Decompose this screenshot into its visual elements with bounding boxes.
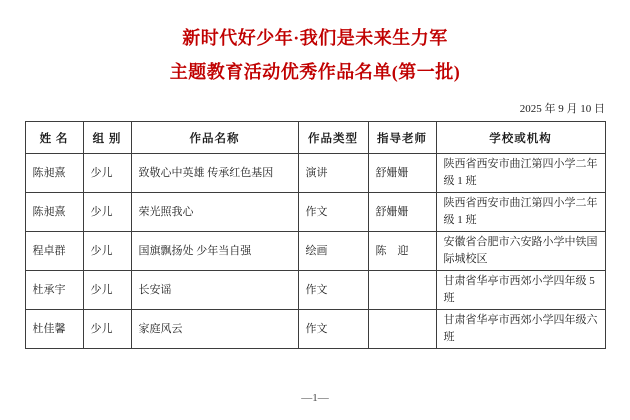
cell-school: 甘肃省华亭市西郊小学四年级六班 (436, 310, 605, 349)
cell-work_title: 国旗飘扬处 少年当自强 (131, 232, 298, 271)
cell-group: 少儿 (83, 193, 131, 232)
column-header-2: 作品名称 (131, 122, 298, 154)
table-row: 杜承宇少儿长安谣作文甘肃省华亭市西郊小学四年级 5 班 (25, 271, 605, 310)
document-date: 2025 年 9 月 10 日 (25, 100, 605, 116)
cell-teacher: 舒姗姗 (368, 154, 436, 193)
column-header-5: 学校或机构 (436, 122, 605, 154)
cell-group: 少儿 (83, 310, 131, 349)
cell-work_type: 作文 (298, 193, 368, 232)
column-header-1: 组 别 (83, 122, 131, 154)
cell-work_type: 作文 (298, 271, 368, 310)
document-page: 新时代好少年·我们是未来生力军 主题教育活动优秀作品名单(第一批) 2025 年… (0, 0, 630, 420)
table-row: 陈昶熹少儿致敬心中英雄 传承红色基因演讲舒姗姗陕西省西安市曲江第四小学二年级 1… (25, 154, 605, 193)
page-number: —1— (0, 392, 630, 404)
table-row: 程卓群少儿国旗飘扬处 少年当自强绘画陈 迎安徽省合肥市六安路小学中铁国际城校区 (25, 232, 605, 271)
cell-teacher: 舒姗姗 (368, 193, 436, 232)
cell-group: 少儿 (83, 154, 131, 193)
column-header-3: 作品类型 (298, 122, 368, 154)
cell-school: 甘肃省华亭市西郊小学四年级 5 班 (436, 271, 605, 310)
column-header-0: 姓 名 (25, 122, 83, 154)
document-title-line2: 主题教育活动优秀作品名单(第一批) (0, 55, 630, 89)
cell-group: 少儿 (83, 271, 131, 310)
table-row: 陈昶熹少儿荣光照我心作文舒姗姗陕西省西安市曲江第四小学二年级 1 班 (25, 193, 605, 232)
cell-work_type: 作文 (298, 310, 368, 349)
cell-name: 陈昶熹 (25, 193, 83, 232)
cell-teacher: 陈 迎 (368, 232, 436, 271)
cell-name: 程卓群 (25, 232, 83, 271)
cell-work_title: 致敬心中英雄 传承红色基因 (131, 154, 298, 193)
cell-work_title: 荣光照我心 (131, 193, 298, 232)
awards-table: 姓 名组 别作品名称作品类型指导老师学校或机构 陈昶熹少儿致敬心中英雄 传承红色… (25, 121, 606, 349)
column-header-4: 指导老师 (368, 122, 436, 154)
cell-work_title: 长安谣 (131, 271, 298, 310)
cell-work_title: 家庭风云 (131, 310, 298, 349)
cell-work_type: 绘画 (298, 232, 368, 271)
table-header-row: 姓 名组 别作品名称作品类型指导老师学校或机构 (25, 122, 605, 154)
cell-teacher (368, 271, 436, 310)
cell-name: 杜佳馨 (25, 310, 83, 349)
cell-name: 陈昶熹 (25, 154, 83, 193)
cell-group: 少儿 (83, 232, 131, 271)
cell-school: 陕西省西安市曲江第四小学二年级 1 班 (436, 193, 605, 232)
cell-teacher (368, 310, 436, 349)
cell-name: 杜承宇 (25, 271, 83, 310)
table-row: 杜佳馨少儿家庭风云作文甘肃省华亭市西郊小学四年级六班 (25, 310, 605, 349)
cell-work_type: 演讲 (298, 154, 368, 193)
cell-school: 安徽省合肥市六安路小学中铁国际城校区 (436, 232, 605, 271)
document-title-line1: 新时代好少年·我们是未来生力军 (0, 21, 630, 55)
cell-school: 陕西省西安市曲江第四小学二年级 1 班 (436, 154, 605, 193)
